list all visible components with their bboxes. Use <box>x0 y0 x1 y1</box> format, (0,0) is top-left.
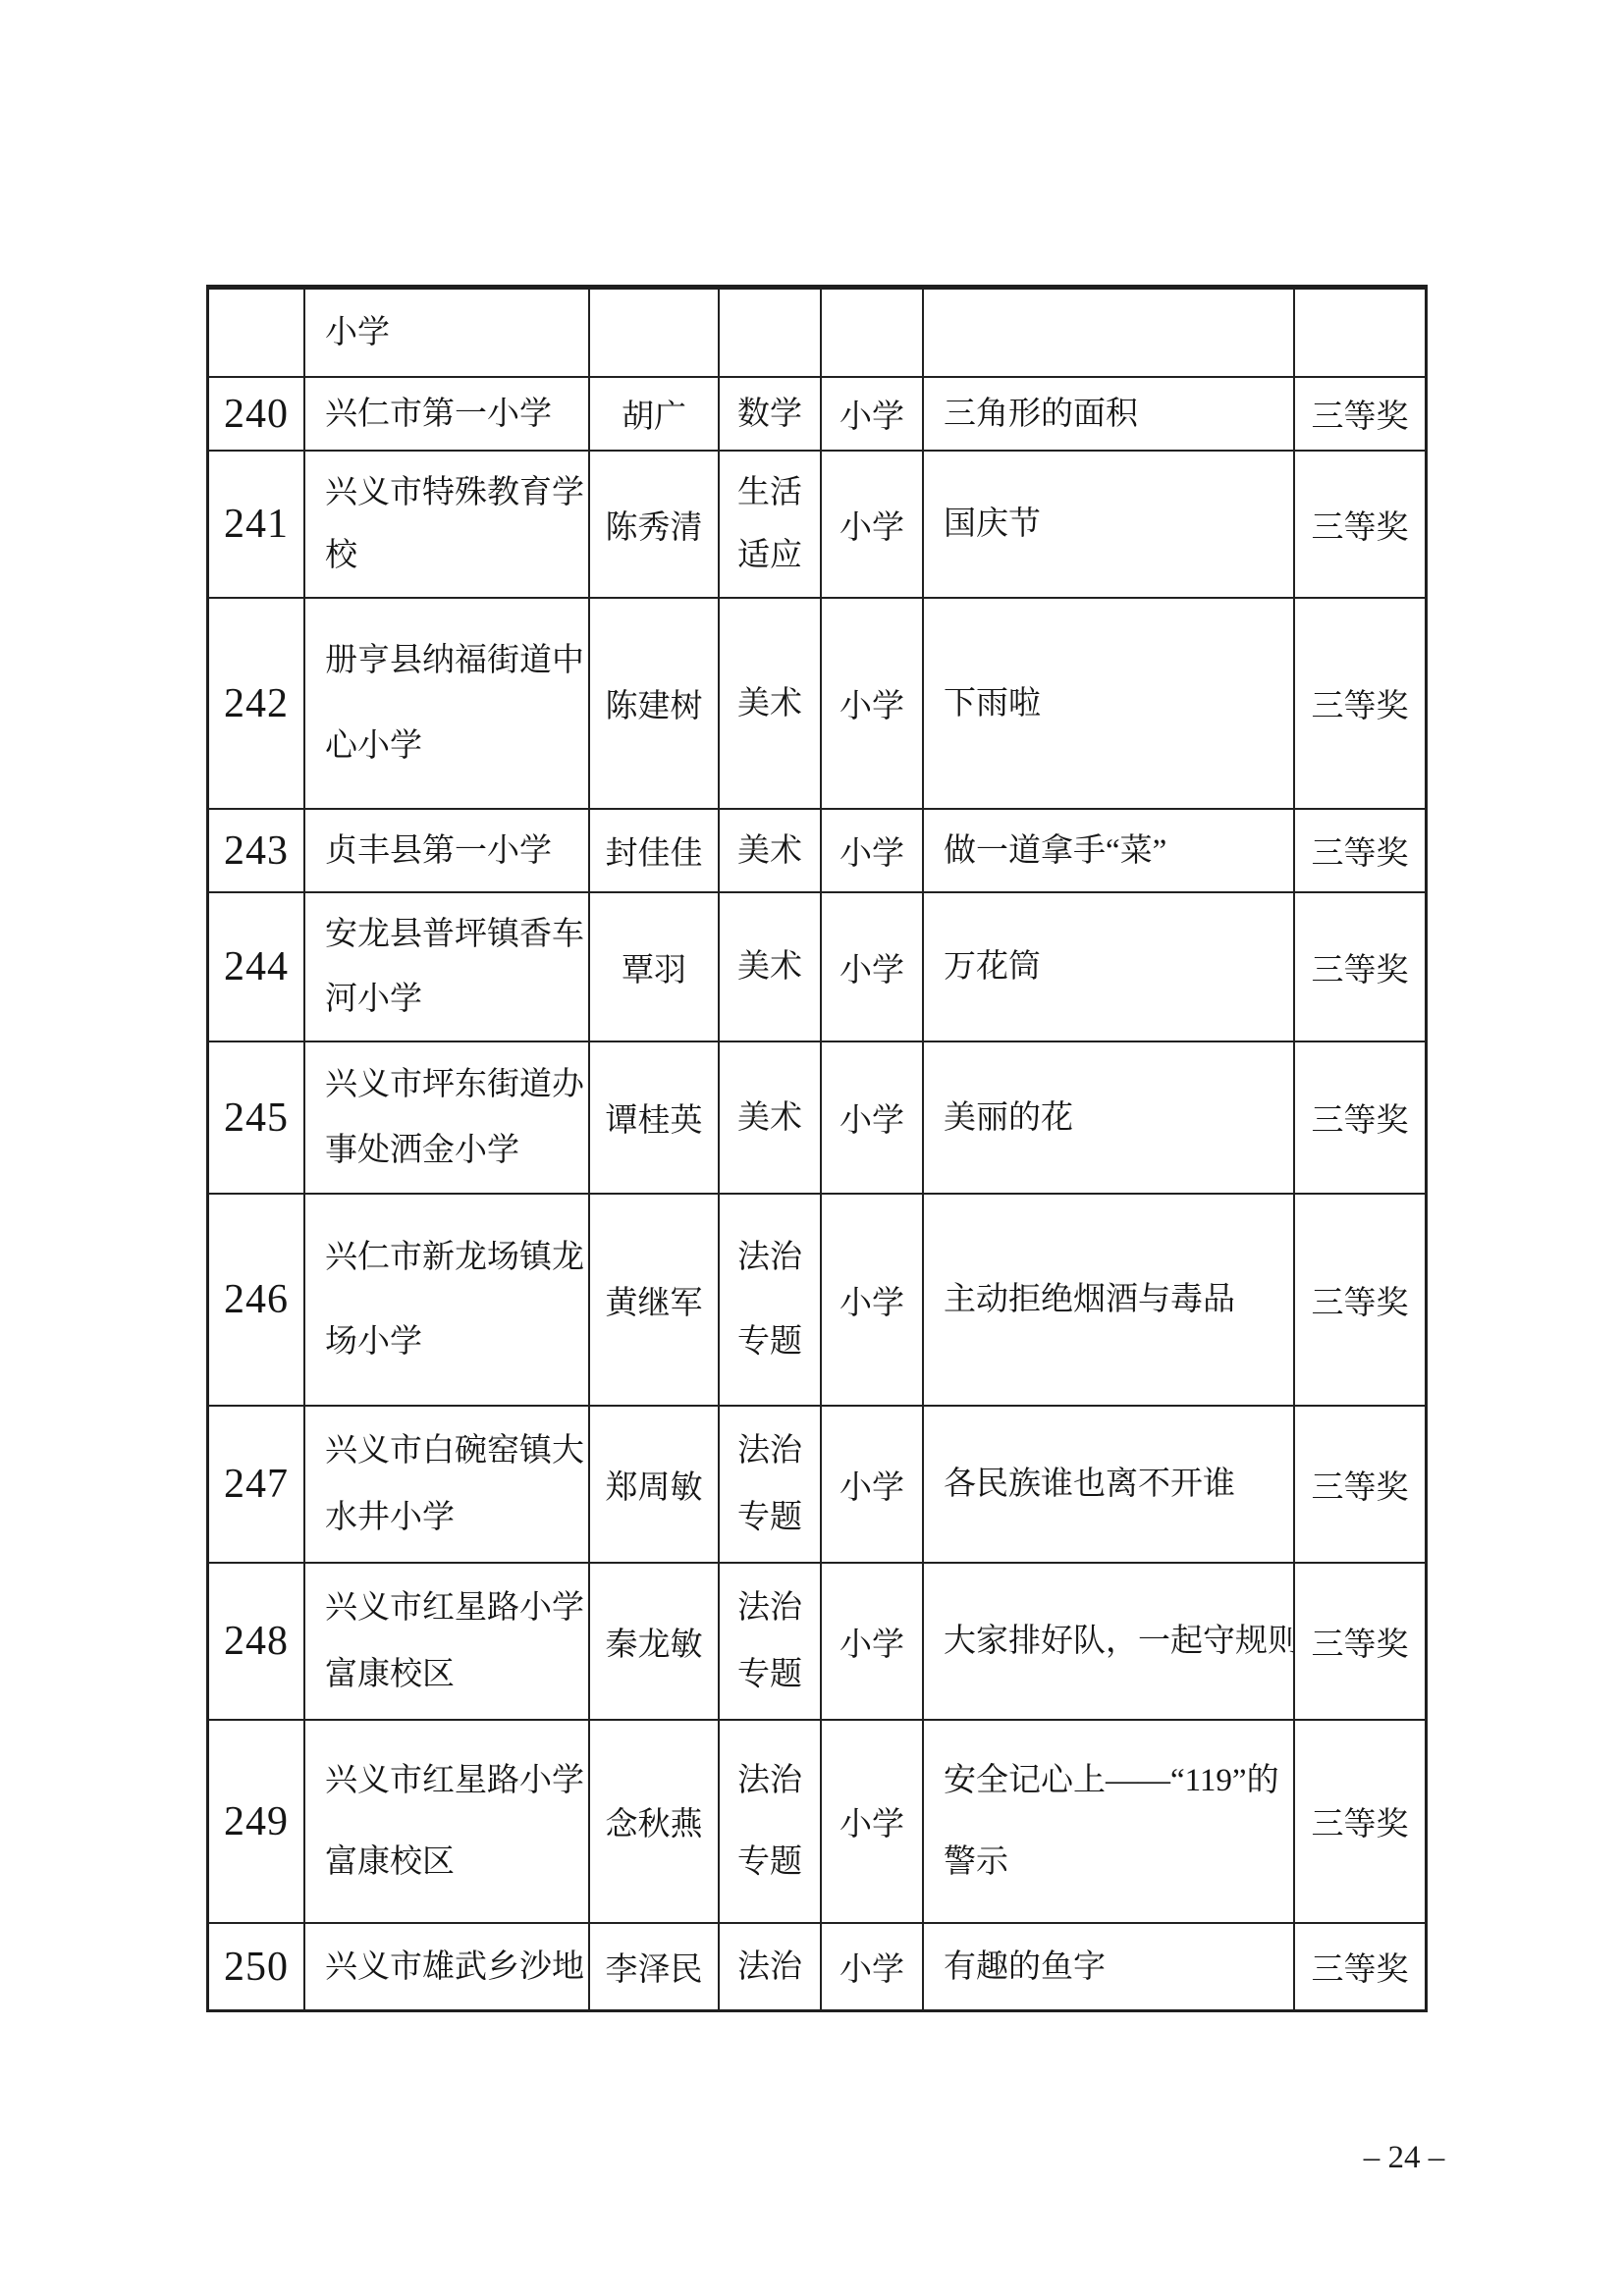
cell-grade: 小学 <box>822 1721 924 1924</box>
cell-award: 三等奖 <box>1295 1564 1425 1721</box>
cell-school: 兴义市红星路小学富康校区 <box>305 1564 590 1721</box>
cell-title: 大家排好队，一起守规则 <box>924 1564 1295 1721</box>
cell-award: 三等奖 <box>1295 1042 1425 1195</box>
cell-teacher: 李泽民 <box>590 1924 720 2009</box>
cell-title: 做一道拿手“菜” <box>924 810 1295 893</box>
cell-grade: 小学 <box>822 1924 924 2009</box>
cell-teacher: 谭桂英 <box>590 1042 720 1195</box>
cell-grade: 小学 <box>822 1564 924 1721</box>
cell-school: 兴仁市新龙场镇龙场小学 <box>305 1195 590 1407</box>
cell-subject: 美术 <box>720 1042 822 1195</box>
cell-teacher: 陈秀清 <box>590 452 720 599</box>
cell-subject: 法治专题 <box>720 1564 822 1721</box>
awards-table: 小学 240 兴仁市第一小学 胡广 数学 小学 三角形的面积 三等奖 241 兴… <box>206 285 1428 2012</box>
cell-school: 安龙县普坪镇香车河小学 <box>305 893 590 1042</box>
cell-subject: 美术 <box>720 893 822 1042</box>
cell-subject: 美术 <box>720 810 822 893</box>
cell-school: 兴义市特殊教育学校 <box>305 452 590 599</box>
cell-teacher: 黄继军 <box>590 1195 720 1407</box>
cell-subject: 生活适应 <box>720 452 822 599</box>
cell-subject: 法治 <box>720 1924 822 2009</box>
cell-title: 美丽的花 <box>924 1042 1295 1195</box>
cell-title: 主动拒绝烟酒与毒品 <box>924 1195 1295 1407</box>
cell-grade: 小学 <box>822 1195 924 1407</box>
cell-grade: 小学 <box>822 893 924 1042</box>
cell-title: 万花筒 <box>924 893 1295 1042</box>
cell-award: 三等奖 <box>1295 810 1425 893</box>
cell-title: 国庆节 <box>924 452 1295 599</box>
cell-teacher: 郑周敏 <box>590 1407 720 1564</box>
cell-school: 兴仁市第一小学 <box>305 378 590 452</box>
cell-school: 兴义市白碗窑镇大水井小学 <box>305 1407 590 1564</box>
cell-award <box>1295 290 1425 378</box>
cell-grade: 小学 <box>822 1042 924 1195</box>
cell-subject: 法治专题 <box>720 1407 822 1564</box>
cell-grade: 小学 <box>822 378 924 452</box>
cell-no: 242 <box>209 599 305 810</box>
cell-award: 三等奖 <box>1295 599 1425 810</box>
cell-title: 各民族谁也离不开谁 <box>924 1407 1295 1564</box>
cell-award: 三等奖 <box>1295 378 1425 452</box>
cell-teacher: 覃羽 <box>590 893 720 1042</box>
cell-award: 三等奖 <box>1295 1407 1425 1564</box>
cell-subject: 法治专题 <box>720 1721 822 1924</box>
cell-title: 安全记心上——“119”的警示 <box>924 1721 1295 1924</box>
cell-award: 三等奖 <box>1295 452 1425 599</box>
cell-school: 兴义市坪东街道办事处洒金小学 <box>305 1042 590 1195</box>
cell-subject: 数学 <box>720 378 822 452</box>
cell-award: 三等奖 <box>1295 1721 1425 1924</box>
cell-award: 三等奖 <box>1295 1195 1425 1407</box>
cell-grade <box>822 290 924 378</box>
cell-grade: 小学 <box>822 452 924 599</box>
cell-school: 册亨县纳福街道中心小学 <box>305 599 590 810</box>
cell-subject: 法治专题 <box>720 1195 822 1407</box>
cell-subject: 美术 <box>720 599 822 810</box>
cell-award: 三等奖 <box>1295 1924 1425 2009</box>
cell-teacher: 念秋燕 <box>590 1721 720 1924</box>
cell-school: 小学 <box>305 290 590 378</box>
cell-title: 下雨啦 <box>924 599 1295 810</box>
cell-teacher: 胡广 <box>590 378 720 452</box>
page-number: – 24 – <box>1257 2140 1551 2176</box>
cell-teacher: 秦龙敏 <box>590 1564 720 1721</box>
cell-grade: 小学 <box>822 810 924 893</box>
cell-teacher: 封佳佳 <box>590 810 720 893</box>
cell-no: 246 <box>209 1195 305 1407</box>
cell-no: 247 <box>209 1407 305 1564</box>
cell-no: 244 <box>209 893 305 1042</box>
cell-subject <box>720 290 822 378</box>
cell-no <box>209 290 305 378</box>
cell-grade: 小学 <box>822 1407 924 1564</box>
cell-no: 243 <box>209 810 305 893</box>
cell-no: 248 <box>209 1564 305 1721</box>
cell-title: 有趣的鱼字 <box>924 1924 1295 2009</box>
cell-school: 兴义市红星路小学富康校区 <box>305 1721 590 1924</box>
document-page: 小学 240 兴仁市第一小学 胡广 数学 小学 三角形的面积 三等奖 241 兴… <box>0 0 1624 2296</box>
cell-no: 241 <box>209 452 305 599</box>
cell-teacher: 陈建树 <box>590 599 720 810</box>
cell-no: 249 <box>209 1721 305 1924</box>
cell-teacher <box>590 290 720 378</box>
cell-school: 兴义市雄武乡沙地 <box>305 1924 590 2009</box>
cell-grade: 小学 <box>822 599 924 810</box>
cell-no: 240 <box>209 378 305 452</box>
cell-no: 245 <box>209 1042 305 1195</box>
cell-title <box>924 290 1295 378</box>
cell-award: 三等奖 <box>1295 893 1425 1042</box>
cell-school: 贞丰县第一小学 <box>305 810 590 893</box>
cell-title: 三角形的面积 <box>924 378 1295 452</box>
cell-no: 250 <box>209 1924 305 2009</box>
